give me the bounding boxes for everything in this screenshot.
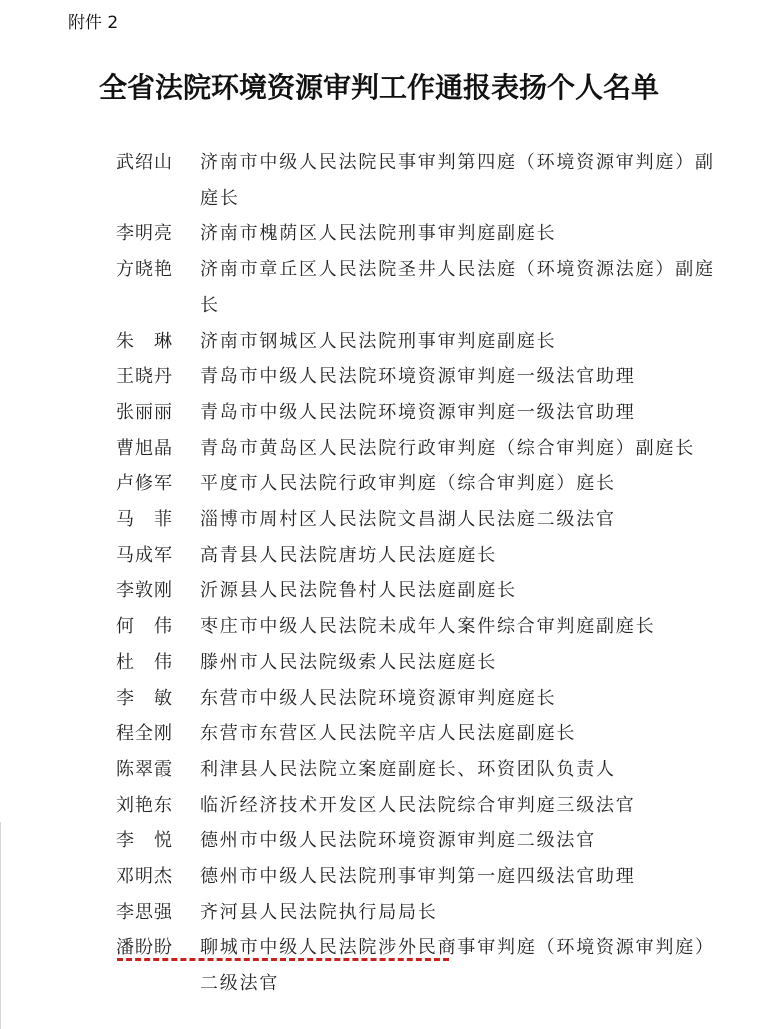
person-position: 沂源县人民法院鲁村人民法庭副庭长 (200, 573, 716, 609)
list-item: 朱 琳 济南市钢城区人民法院刑事审判庭副庭长 (116, 324, 716, 360)
person-name: 李思强 (116, 895, 200, 931)
page-edge-rule (0, 822, 1, 1029)
person-name: 程全刚 (116, 716, 200, 752)
list-item: 武绍山 济南市中级人民法院民事审判第四庭（环境资源审判庭）副庭长 (116, 145, 716, 216)
person-name: 朱 琳 (116, 324, 200, 360)
person-position: 济南市中级人民法院民事审判第四庭（环境资源审判庭）副庭长 (200, 145, 716, 216)
page-title: 全省法院环境资源审判工作通报表扬个人名单 (0, 66, 758, 106)
person-position: 青岛市黄岛区人民法院行政审判庭（综合审判庭）副庭长 (200, 431, 716, 467)
person-position: 利津县人民法院立案庭副庭长、环资团队负责人 (200, 752, 716, 788)
person-name: 卢修军 (116, 466, 200, 502)
person-name: 李 敏 (116, 681, 200, 717)
person-position: 枣庄市中级人民法院未成年人案件综合审判庭副庭长 (200, 609, 716, 645)
person-name: 何 伟 (116, 609, 200, 645)
list-item: 马成军 高青县人民法院唐坊人民法庭庭长 (116, 538, 716, 574)
list-item: 陈翠霞 利津县人民法院立案庭副庭长、环资团队负责人 (116, 752, 716, 788)
list-item: 李敦刚 沂源县人民法院鲁村人民法庭副庭长 (116, 573, 716, 609)
list-item: 杜 伟 滕州市人民法院级索人民法庭庭长 (116, 645, 716, 681)
person-position: 济南市章丘区人民法院圣井人民法庭（环境资源法庭）副庭长 (200, 252, 716, 323)
person-position: 临沂经济技术开发区人民法院综合审判庭三级法官 (200, 788, 716, 824)
person-name: 马 菲 (116, 502, 200, 538)
person-name: 武绍山 (116, 145, 200, 181)
attachment-label: 附件 2 (68, 8, 118, 33)
person-name: 李 悦 (116, 823, 200, 859)
person-position: 聊城市中级人民法院涉外民商事审判庭（环境资源审判庭）二级法官 (200, 930, 716, 1001)
person-name: 王晓丹 (116, 359, 200, 395)
person-position: 青岛市中级人民法院环境资源审判庭一级法官助理 (200, 395, 716, 431)
person-name: 马成军 (116, 538, 200, 574)
person-position: 平度市人民法院行政审判庭（综合审判庭）庭长 (200, 466, 716, 502)
person-position: 济南市钢城区人民法院刑事审判庭副庭长 (200, 324, 716, 360)
person-name: 李明亮 (116, 216, 200, 252)
list-item: 程全刚 东营市东营区人民法院辛店人民法庭副庭长 (116, 716, 716, 752)
red-dashed-underline (117, 958, 449, 961)
person-position: 德州市中级人民法院环境资源审判庭二级法官 (200, 823, 716, 859)
person-position: 东营市东营区人民法院辛店人民法庭副庭长 (200, 716, 716, 752)
list-item: 卢修军 平度市人民法院行政审判庭（综合审判庭）庭长 (116, 466, 716, 502)
list-item-highlighted: 李思强 齐河县人民法院执行局局长 (116, 895, 716, 931)
list-item: 王晓丹 青岛市中级人民法院环境资源审判庭一级法官助理 (116, 359, 716, 395)
person-position: 淄博市周村区人民法院文昌湖人民法庭二级法官 (200, 502, 716, 538)
list-item: 方晓艳 济南市章丘区人民法院圣井人民法庭（环境资源法庭）副庭长 (116, 252, 716, 323)
person-name: 李敦刚 (116, 573, 200, 609)
person-name: 杜 伟 (116, 645, 200, 681)
person-name: 张丽丽 (116, 395, 200, 431)
list-item: 曹旭晶 青岛市黄岛区人民法院行政审判庭（综合审判庭）副庭长 (116, 431, 716, 467)
person-name: 方晓艳 (116, 252, 200, 288)
list-item: 李 悦 德州市中级人民法院环境资源审判庭二级法官 (116, 823, 716, 859)
list-item: 何 伟 枣庄市中级人民法院未成年人案件综合审判庭副庭长 (116, 609, 716, 645)
person-name: 邓明杰 (116, 859, 200, 895)
person-position: 高青县人民法院唐坊人民法庭庭长 (200, 538, 716, 574)
person-position: 东营市中级人民法院环境资源审判庭庭长 (200, 681, 716, 717)
list-item: 邓明杰 德州市中级人民法院刑事审判第一庭四级法官助理 (116, 859, 716, 895)
person-position: 滕州市人民法院级索人民法庭庭长 (200, 645, 716, 681)
list-item: 马 菲 淄博市周村区人民法院文昌湖人民法庭二级法官 (116, 502, 716, 538)
person-position: 齐河县人民法院执行局局长 (200, 895, 716, 931)
honoree-list: 武绍山 济南市中级人民法院民事审判第四庭（环境资源审判庭）副庭长 李明亮 济南市… (116, 145, 716, 1002)
list-item: 潘盼盼 聊城市中级人民法院涉外民商事审判庭（环境资源审判庭）二级法官 (116, 930, 716, 1001)
person-position: 德州市中级人民法院刑事审判第一庭四级法官助理 (200, 859, 716, 895)
person-name: 曹旭晶 (116, 431, 200, 467)
person-name: 刘艳东 (116, 788, 200, 824)
person-position: 青岛市中级人民法院环境资源审判庭一级法官助理 (200, 359, 716, 395)
list-item: 刘艳东 临沂经济技术开发区人民法院综合审判庭三级法官 (116, 788, 716, 824)
person-name: 陈翠霞 (116, 752, 200, 788)
list-item: 李 敏 东营市中级人民法院环境资源审判庭庭长 (116, 681, 716, 717)
person-position: 济南市槐荫区人民法院刑事审判庭副庭长 (200, 216, 716, 252)
list-item: 李明亮 济南市槐荫区人民法院刑事审判庭副庭长 (116, 216, 716, 252)
list-item: 张丽丽 青岛市中级人民法院环境资源审判庭一级法官助理 (116, 395, 716, 431)
